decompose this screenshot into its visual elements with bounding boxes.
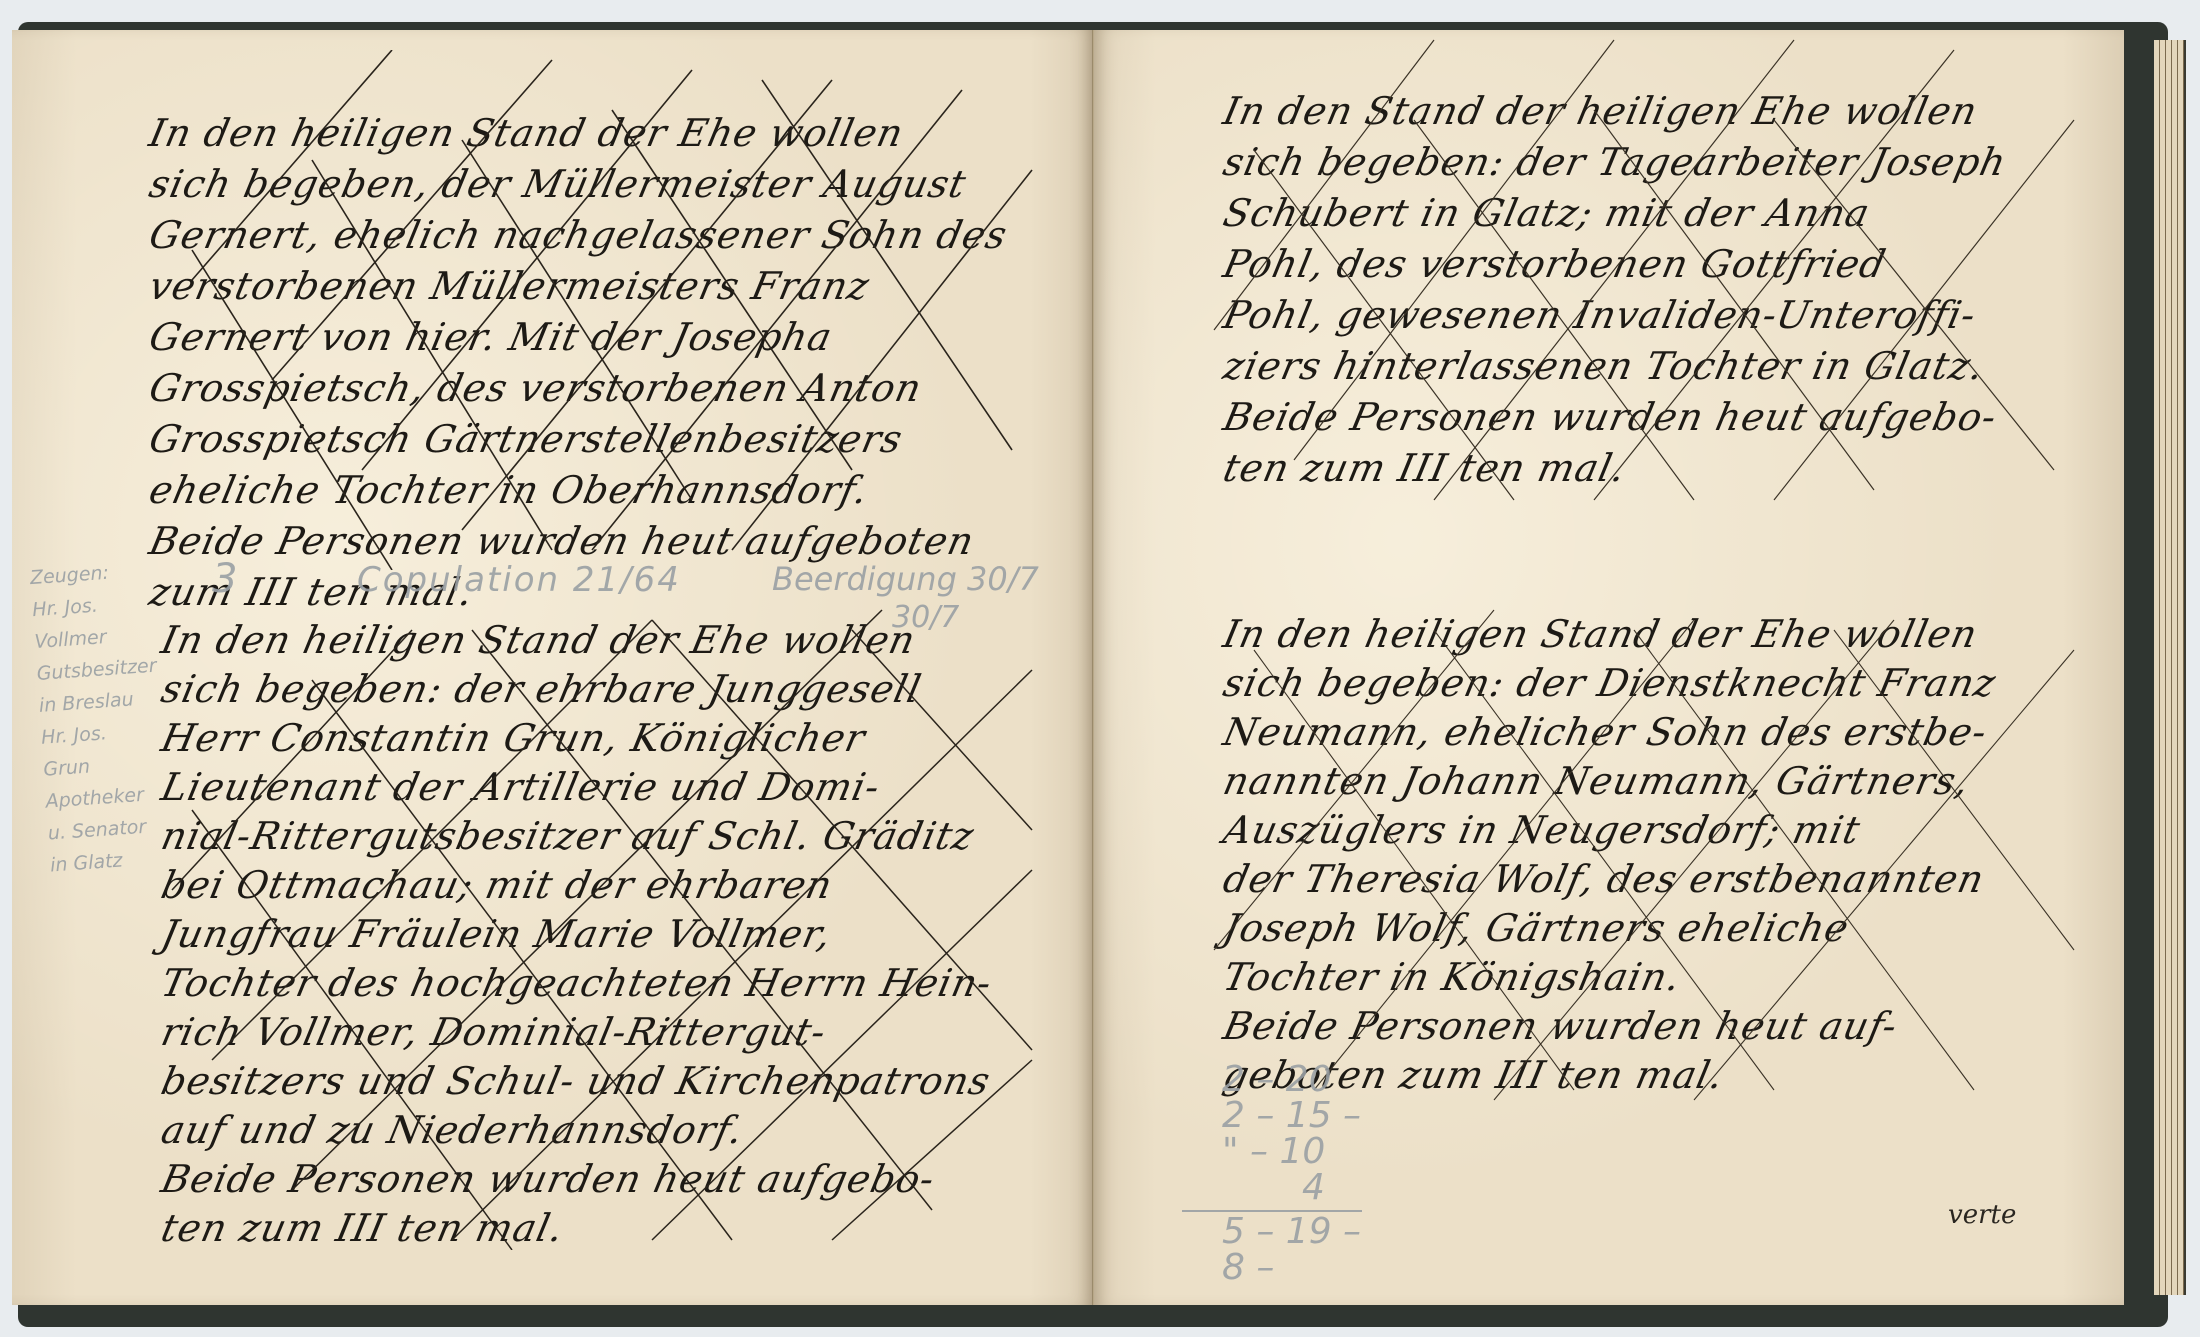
banns-entry-gernert: In den heiligen Stand der Ehe wollen sic… <box>150 108 1007 618</box>
pencil-sum-row: " – 10 <box>1222 1134 1362 1170</box>
pencil-fee-calculation: 2 – 20 2 – 15 – " – 10 4 5 – 19 – 8 – <box>1222 1062 1362 1286</box>
entry-line: In den heiligen Stand der Ehe wollen <box>157 616 997 665</box>
entry-line: sich begeben: der ehrbare Junggesell <box>157 665 997 714</box>
entry-line: ten zum III ten mal. <box>1219 443 2012 494</box>
entry-line: In den heiligen Stand der Ehe wollen <box>1219 610 2001 659</box>
pencil-line: Hr. Jos. Vollmer <box>31 586 145 658</box>
entry-line: Neumann, ehelicher Sohn des erstbe- <box>1219 708 2001 757</box>
entry-line: Herr Constantin Grun, Königlicher <box>157 714 997 763</box>
pencil-sum-total: 5 – 19 – <box>1222 1214 1362 1250</box>
entry-line: Joseph Wolf, Gärtners eheliche <box>1219 904 2001 953</box>
right-page: In den Stand der heiligen Ehe wollen sic… <box>1094 30 2124 1305</box>
pencil-burial-note: Beerdigung 30/7 <box>772 560 1039 598</box>
entry-line: der Theresia Wolf, des erstbenannten <box>1219 855 2001 904</box>
entry-line: nial-Rittergutsbesitzer auf Schl. Grädit… <box>157 812 997 861</box>
entry-line: Beide Personen wurden heut aufgebo- <box>1219 392 2012 443</box>
pencil-sum-row: 2 – 20 <box>1222 1062 1362 1098</box>
entry-line: sich begeben: der Tagearbeiter Joseph <box>1219 137 2012 188</box>
entry-line: Lieutenant der Artillerie und Domi- <box>157 763 997 812</box>
entry-line: In den Stand der heiligen Ehe wollen <box>1219 86 2012 137</box>
entry-line: ten zum III ten mal. <box>157 1204 997 1253</box>
entry-line: Auszüglers in Neugersdorf; mit <box>1219 806 2001 855</box>
entry-line: ziers hinterlassenen Tochter in Glatz. <box>1219 341 2012 392</box>
entry-line: Grosspietsch, des verstorbenen Anton <box>145 363 1012 414</box>
entry-line: Pohl, des verstorbenen Gottfried <box>1219 239 2012 290</box>
entry-line: besitzers und Schul- und Kirchenpatrons <box>157 1057 997 1106</box>
entry-line: Beide Personen wurden heut aufgebo- <box>157 1155 997 1204</box>
entry-line: Grosspietsch Gärtnerstellenbesitzers <box>145 414 1012 465</box>
entry-line: Tochter in Königshain. <box>1219 953 2001 1002</box>
pencil-copulation-note: Copulation 21/64 <box>357 560 681 600</box>
entry-line: Gernert von hier. Mit der Josepha <box>145 312 1012 363</box>
left-page: In den heiligen Stand der Ehe wollen sic… <box>12 30 1094 1305</box>
banns-entry-schubert-pohl: In den Stand der heiligen Ehe wollen sic… <box>1224 86 2006 494</box>
entry-line: rich Vollmer, Dominial-Rittergut- <box>157 1008 997 1057</box>
verte-note: verte <box>1948 1200 2016 1230</box>
entry-line: eheliche Tochter in Oberhannsdorf. <box>145 465 1012 516</box>
entry-line: bei Ottmachau; mit der ehrbaren <box>157 861 997 910</box>
pencil-count: 3 <box>212 556 237 602</box>
pencil-sum-row: 2 – 15 – <box>1222 1098 1362 1134</box>
entry-line: Pohl, gewesenen Invaliden-Unteroffi- <box>1219 290 2012 341</box>
pencil-line: Hr. Jos. Grun <box>40 714 154 786</box>
entry-line: Tochter des hochgeachteten Herrn Hein- <box>157 959 997 1008</box>
entry-line: Beide Personen wurden heut auf- <box>1219 1002 2001 1051</box>
entry-line: verstorbenen Müllermeisters Franz <box>145 261 1012 312</box>
banns-entry-neumann-wolf: In den heiligen Stand der Ehe wollen sic… <box>1224 610 1995 1100</box>
entry-line: Gernert, ehelich nachgelassener Sohn des <box>145 210 1012 261</box>
entry-line: Jungfrau Fräulein Marie Vollmer, <box>157 910 997 959</box>
pencil-sum-row: 4 <box>1222 1170 1362 1206</box>
entry-line: nannten Johann Neumann, Gärtners, <box>1219 757 2001 806</box>
entry-line: In den heiligen Stand der Ehe wollen <box>145 108 1012 159</box>
entry-line: sich begeben: der Dienstknecht Franz <box>1219 659 2001 708</box>
entry-line: sich begeben, der Müllermeister August <box>145 159 1012 210</box>
pencil-witnesses-note: Zeugen: Hr. Jos. Vollmer Gutsbesitzer in… <box>29 555 161 882</box>
banns-entry-grun-vollmer: In den heiligen Stand der Ehe wollen sic… <box>162 616 991 1253</box>
entry-line: auf und zu Niederhannsdorf. <box>157 1106 997 1155</box>
page-edges <box>2154 40 2186 1295</box>
pencil-line: in Glatz <box>49 842 161 882</box>
pencil-sum-extra: 8 – <box>1222 1250 1362 1286</box>
entry-line: Schubert in Glatz; mit der Anna <box>1219 188 2012 239</box>
